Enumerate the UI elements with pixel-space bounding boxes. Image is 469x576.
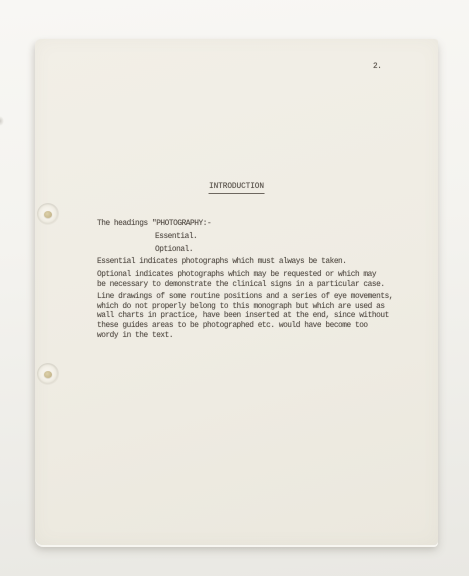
paragraph-essential: Essential indicates photographs which mu…: [97, 258, 347, 268]
brass-fastener-icon: [44, 371, 52, 378]
term-essential: Essential.: [155, 233, 197, 241]
paragraph-line: Essential indicates photographs which mu…: [97, 258, 347, 268]
page-number: 2.: [373, 63, 381, 71]
punch-hole-top: [37, 203, 59, 225]
paragraph-optional: Optional indicates photographs which may…: [97, 271, 385, 290]
paragraph-line: these guides areas to be photographed et…: [97, 322, 393, 332]
paragraph-line: be necessary to demonstrate the clinical…: [97, 281, 385, 291]
brass-fastener-icon: [44, 211, 52, 218]
punch-hole-bottom: [37, 363, 59, 385]
paragraph-line: wordy in the text.: [97, 332, 393, 342]
paragraph-line: Optional indicates photographs which may…: [97, 271, 385, 281]
term-optional: Optional.: [155, 246, 193, 254]
section-heading: INTRODUCTION: [208, 183, 265, 194]
document-page: 2. INTRODUCTION The headings "PHOTOGRAPH…: [35, 39, 438, 545]
paragraph-line: Line drawings of some routine positions …: [97, 293, 393, 303]
lead-line: The headings "PHOTOGRAPHY:-: [97, 220, 211, 228]
paragraph-line: wall charts in practice, have been inser…: [97, 312, 393, 322]
paragraph-line-drawings: Line drawings of some routine positions …: [97, 293, 393, 342]
scan-background: 2. INTRODUCTION The headings "PHOTOGRAPH…: [0, 0, 469, 576]
scanner-edge-artifact: [0, 116, 4, 126]
paragraph-line: which do not properly belong to this mon…: [97, 303, 393, 313]
